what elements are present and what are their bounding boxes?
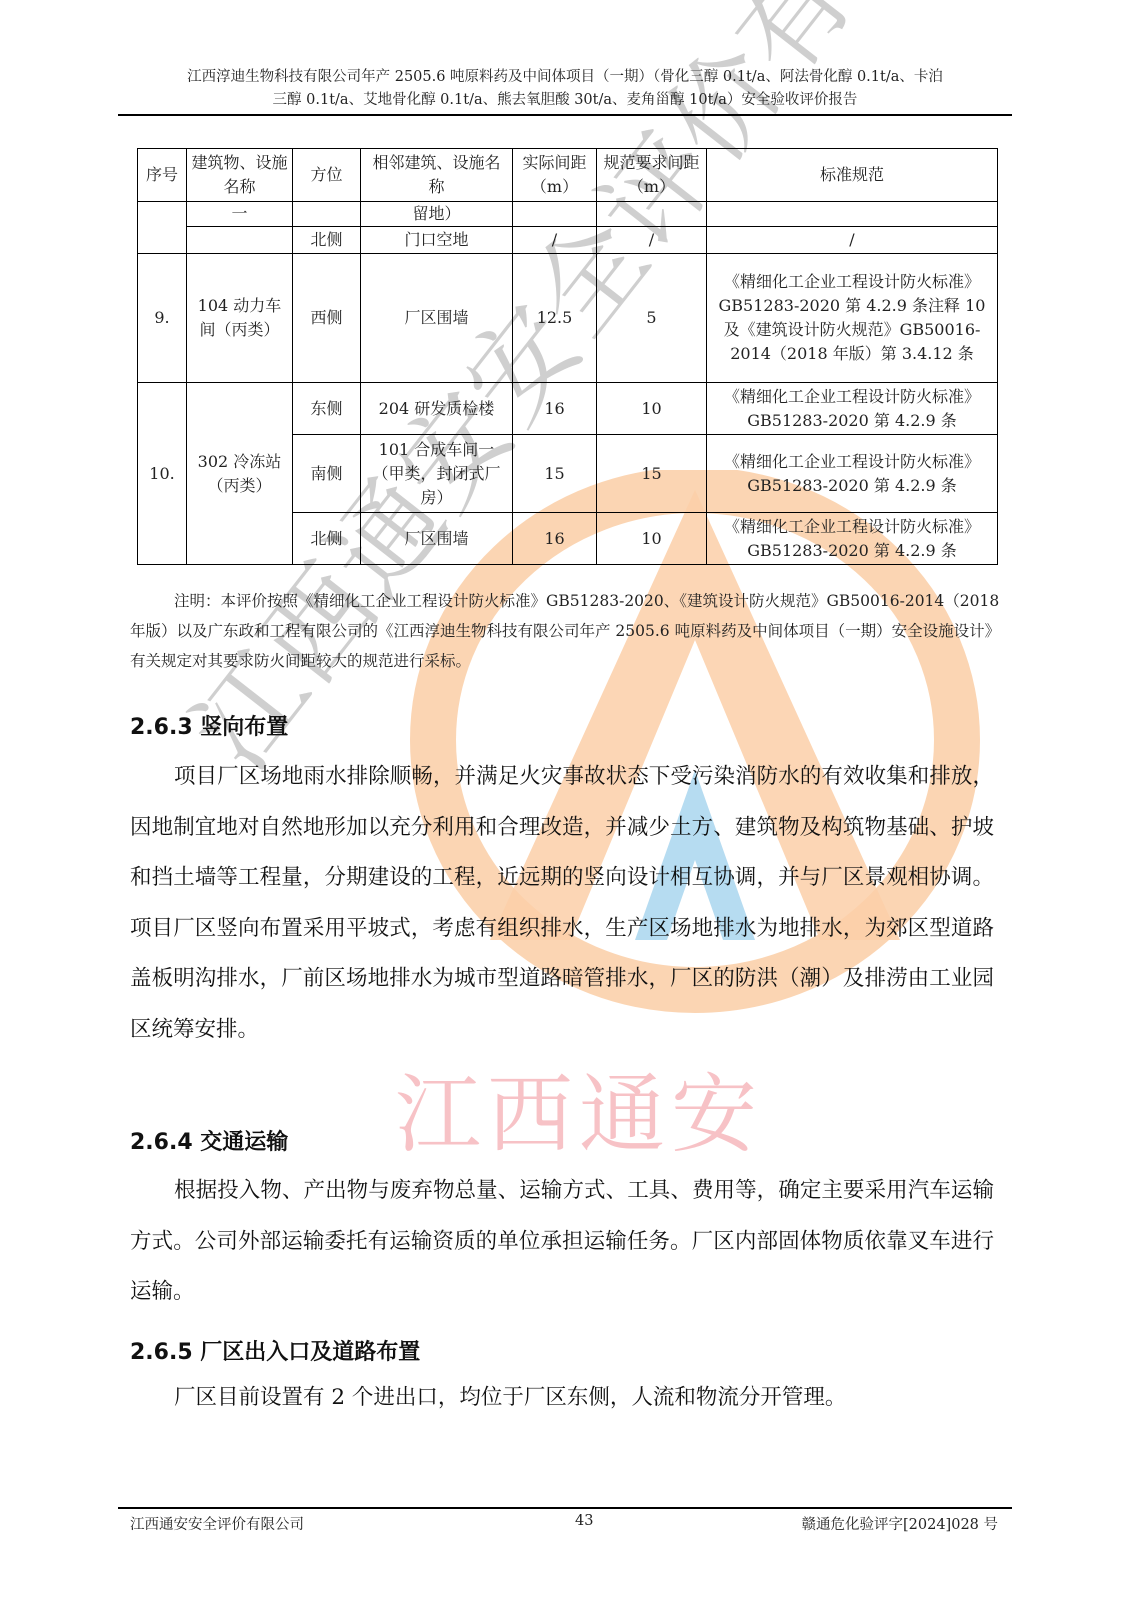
col-header-actual: 实际间距（m） [513, 149, 597, 202]
cell-direction: 北侧 [293, 227, 361, 254]
cell-direction: 东侧 [293, 383, 361, 435]
footer-divider [118, 1507, 1012, 1509]
header-line-1: 江西淳迪生物科技有限公司年产 2505.6 吨原料药及中间体项目（一期）（骨化三… [118, 66, 1012, 89]
header-divider [118, 114, 1012, 116]
col-header-direction: 方位 [293, 149, 361, 202]
page-number: 43 [575, 1513, 593, 1529]
cell-standard: 《精细化工企业工程设计防火标准》GB51283-2020 第 4.2.9 条 [707, 513, 998, 565]
cell-adjacent: 门口空地 [361, 227, 513, 254]
section-body-2-6-5: 厂区目前设置有 2 个进出口，均位于厂区东侧，人流和物流分开管理。 [130, 1373, 994, 1424]
cell-actual [513, 202, 597, 227]
watermark-logo-text: 江西通安 [395, 1045, 763, 1169]
col-header-adjacent: 相邻建筑、设施名称 [361, 149, 513, 202]
cell-standard: 《精细化工企业工程设计防火标准》GB51283-2020 第 4.2.9 条注释… [707, 254, 998, 383]
cell-required: 15 [597, 435, 707, 513]
cell-required: 10 [597, 383, 707, 435]
page-header: 江西淳迪生物科技有限公司年产 2505.6 吨原料药及中间体项目（一期）（骨化三… [118, 66, 1012, 112]
cell-standard [707, 202, 998, 227]
table-row: 10. 302 冷冻站（丙类） 东侧 204 研发质检楼 16 10 《精细化工… [138, 383, 998, 435]
cell-direction: 北侧 [293, 513, 361, 565]
col-header-standard: 标准规范 [707, 149, 998, 202]
cell-actual: / [513, 227, 597, 254]
table-header-row: 序号 建筑物、设施名称 方位 相邻建筑、设施名称 实际间距（m） 规范要求间距（… [138, 149, 998, 202]
cell-standard: 《精细化工企业工程设计防火标准》GB51283-2020 第 4.2.9 条 [707, 435, 998, 513]
cell-actual: 12.5 [513, 254, 597, 383]
fire-distance-table: 序号 建筑物、设施名称 方位 相邻建筑、设施名称 实际间距（m） 规范要求间距（… [137, 148, 998, 565]
cell-standard: / [707, 227, 998, 254]
cell-actual: 16 [513, 383, 597, 435]
cell-building: 一 [187, 202, 293, 227]
cell-required [597, 202, 707, 227]
col-header-required: 规范要求间距（m） [597, 149, 707, 202]
cell-adjacent: 101 合成车间一（甲类，封闭式厂房） [361, 435, 513, 513]
cell-building: 302 冷冻站（丙类） [187, 383, 293, 565]
cell-seq [138, 202, 187, 254]
cell-required: 10 [597, 513, 707, 565]
note-text: 注明：本评价按照《精细化工企业工程设计防火标准》GB51283-2020、《建筑… [130, 586, 1010, 676]
cell-building: 104 动力车间（丙类） [187, 254, 293, 383]
section-heading-2-6-4: 2.6.4 交通运输 [130, 1125, 288, 1156]
cell-required: 5 [597, 254, 707, 383]
cell-adjacent: 厂区围墙 [361, 513, 513, 565]
col-header-building: 建筑物、设施名称 [187, 149, 293, 202]
table-row: 北侧 门口空地 / / / [138, 227, 998, 254]
cell-required: / [597, 227, 707, 254]
footer-report-number: 赣通危化验评字[2024]028 号 [802, 1513, 999, 1534]
cell-direction: 西侧 [293, 254, 361, 383]
section-body-2-6-3: 项目厂区场地雨水排除顺畅，并满足火灾事故状态下受污染消防水的有效收集和排放，因地… [130, 752, 994, 1055]
header-line-2: 三醇 0.1t/a、艾地骨化醇 0.1t/a、熊去氧胆酸 30t/a、麦角甾醇 … [118, 89, 1012, 112]
cell-adjacent: 留地） [361, 202, 513, 227]
cell-actual: 16 [513, 513, 597, 565]
table-row: 9. 104 动力车间（丙类） 西侧 厂区围墙 12.5 5 《精细化工企业工程… [138, 254, 998, 383]
cell-adjacent: 厂区围墙 [361, 254, 513, 383]
section-heading-2-6-5: 2.6.5 厂区出入口及道路布置 [130, 1335, 420, 1366]
cell-direction: 南侧 [293, 435, 361, 513]
cell-seq: 10. [138, 383, 187, 565]
cell-seq: 9. [138, 254, 187, 383]
section-heading-2-6-3: 2.6.3 竖向布置 [130, 710, 288, 741]
table-note: 注明：本评价按照《精细化工企业工程设计防火标准》GB51283-2020、《建筑… [130, 586, 1010, 676]
footer-company: 江西通安安全评价有限公司 [130, 1513, 304, 1534]
cell-actual: 15 [513, 435, 597, 513]
table-row: 一 留地） [138, 202, 998, 227]
cell-direction [293, 202, 361, 227]
cell-building [187, 227, 293, 254]
col-header-seq: 序号 [138, 149, 187, 202]
section-body-2-6-4: 根据投入物、产出物与废弃物总量、运输方式、工具、费用等，确定主要采用汽车运输方式… [130, 1166, 994, 1318]
cell-adjacent: 204 研发质检楼 [361, 383, 513, 435]
cell-standard: 《精细化工企业工程设计防火标准》GB51283-2020 第 4.2.9 条 [707, 383, 998, 435]
